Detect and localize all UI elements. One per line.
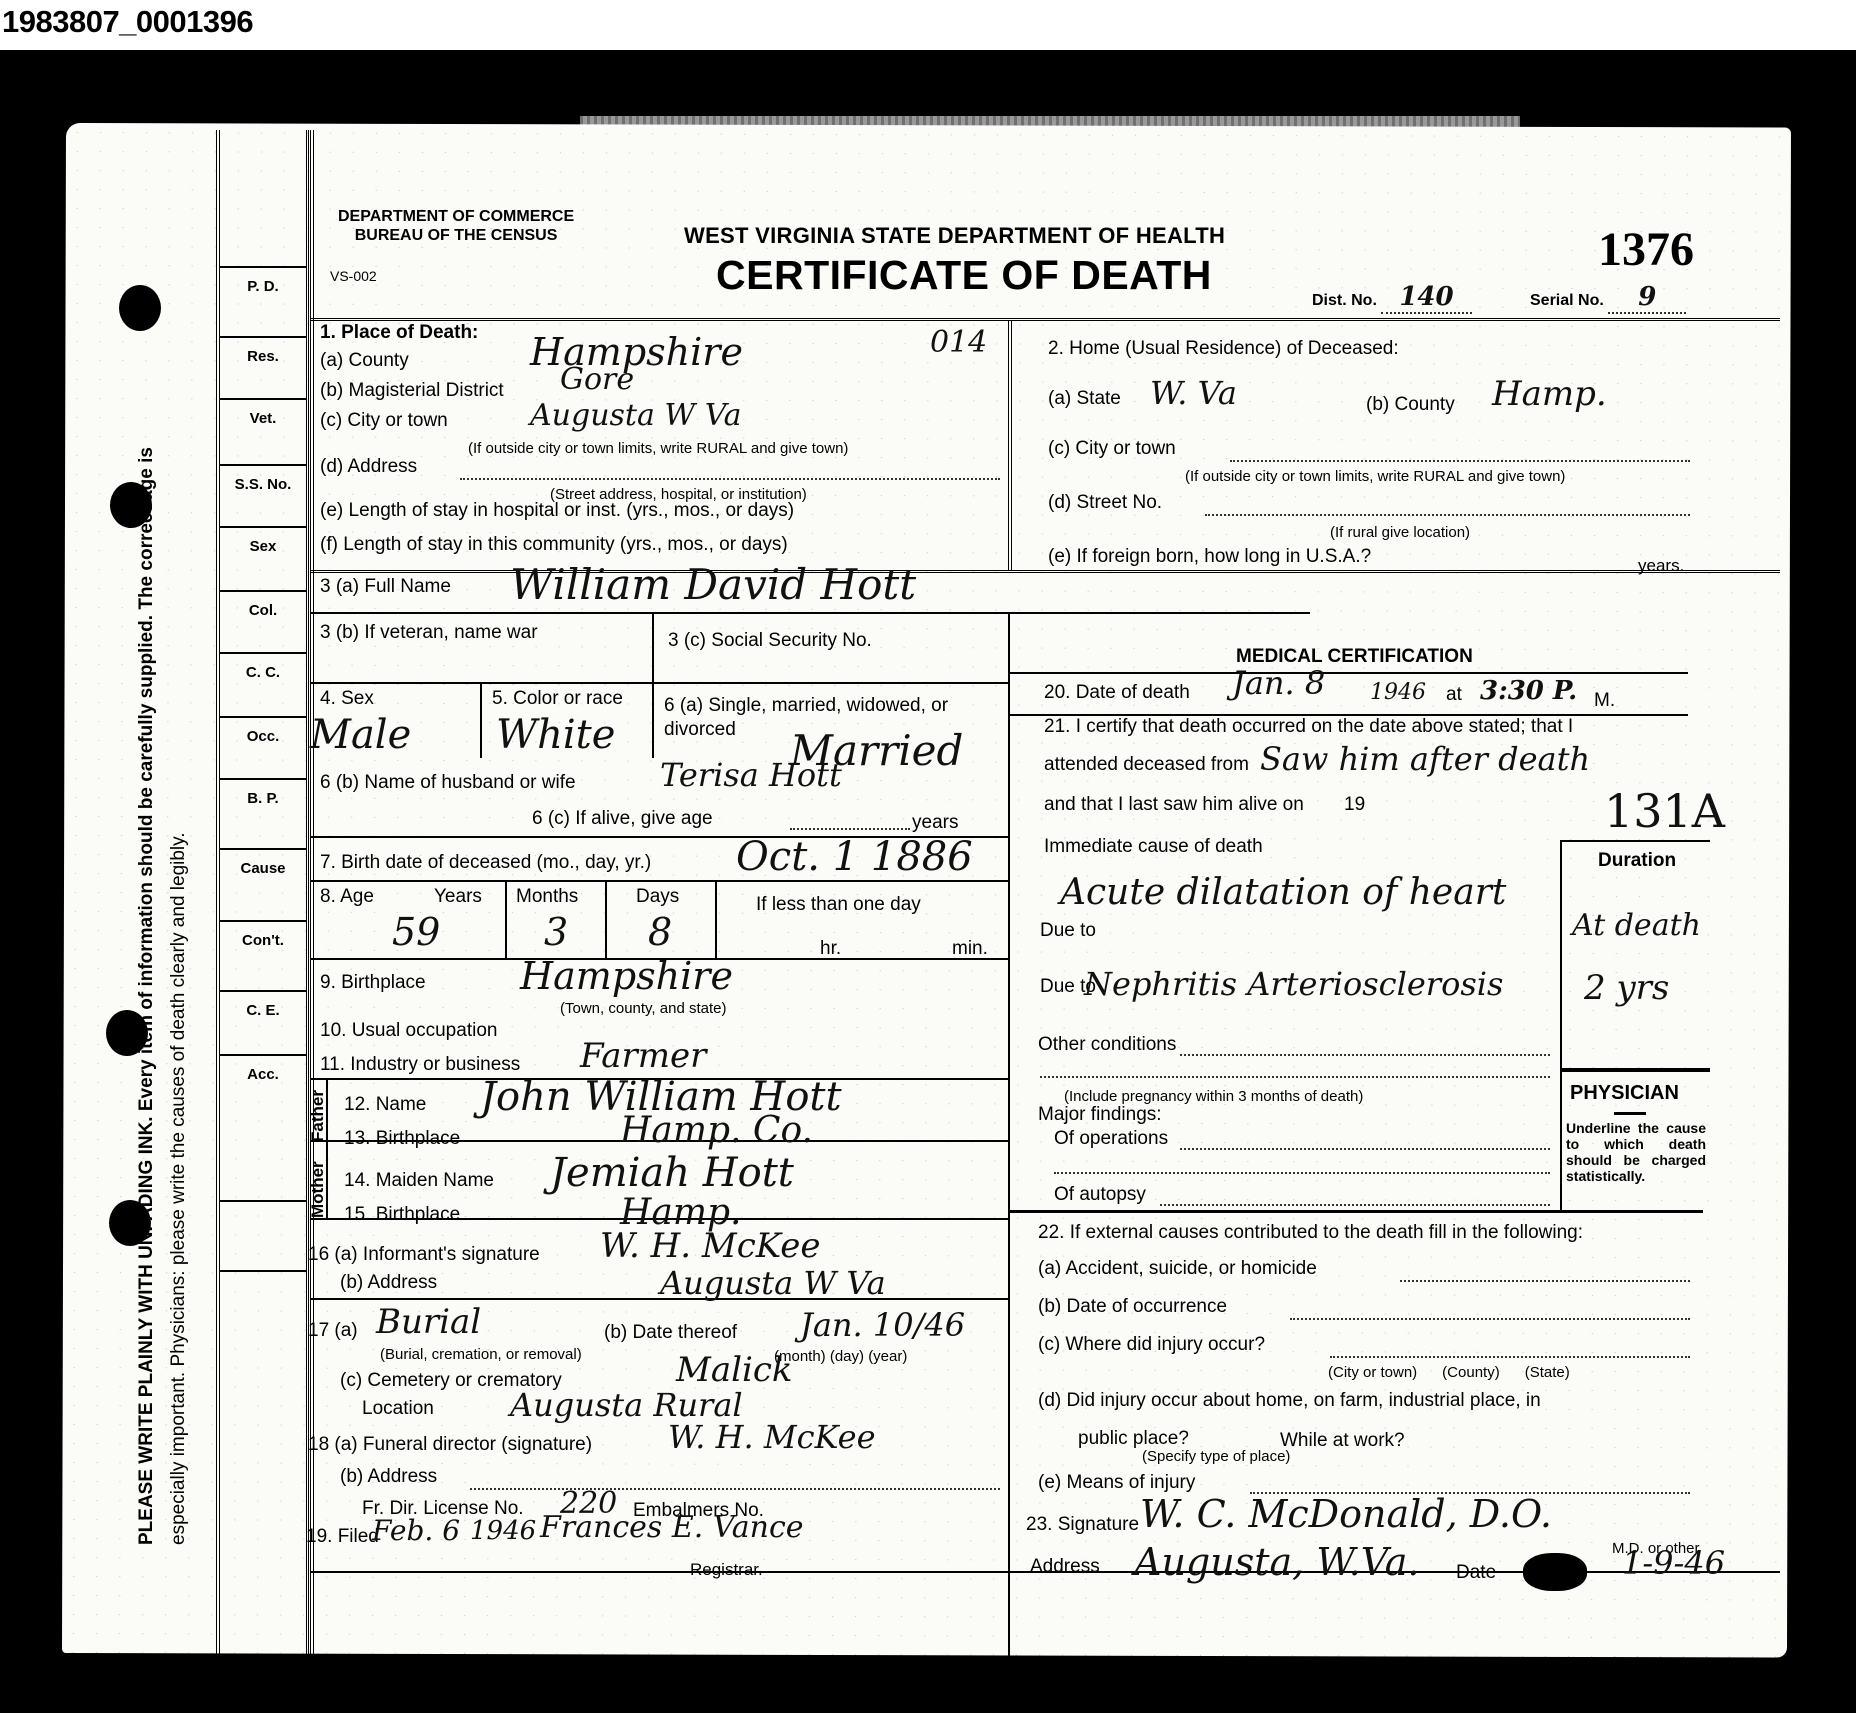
- death-year: 1946: [1370, 680, 1426, 705]
- mother-name-value: Jemiah Hott: [550, 1150, 794, 1196]
- death-city-note: (If outside city or town limits, write R…: [468, 440, 848, 457]
- image-caption: 1983807_0001396: [2, 4, 253, 40]
- death-city-value: Augusta W Va: [530, 398, 742, 433]
- external-c-field: [1330, 1356, 1690, 1358]
- home-city-label: (c) City or town: [1048, 438, 1176, 460]
- certify-text: 21. I certify that death occurred on the…: [1044, 716, 1573, 738]
- spouse-label: 6 (b) Name of husband or wife: [320, 772, 576, 794]
- disposition-label: 17 (a): [308, 1320, 358, 1342]
- divider: [310, 318, 1780, 321]
- divider: [1560, 840, 1710, 842]
- birth-value: Oct. 1 1886: [736, 834, 973, 880]
- director-value: W. H. McKee: [668, 1418, 876, 1456]
- page-title: CERTIFICATE OF DEATH: [716, 252, 1212, 299]
- major-findings-label: Major findings:: [1038, 1104, 1162, 1126]
- location-label: Location: [362, 1398, 434, 1420]
- physician-note: Underline the cause to which death shoul…: [1566, 1120, 1706, 1184]
- spouse-age-field: [790, 828, 910, 830]
- divider: [652, 612, 654, 682]
- occupation-label: 10. Usual occupation: [320, 1020, 497, 1042]
- death-city-label: (c) City or town: [320, 410, 448, 432]
- stay-hospital-label: (e) Length of stay in hospital or inst. …: [320, 500, 794, 522]
- informant-addr-value: Augusta W Va: [660, 1264, 886, 1302]
- spouse-age-label: 6 (c) If alive, give age: [532, 808, 713, 830]
- duration-1: At death: [1572, 908, 1701, 943]
- coding-column: P. D. Res. Vet. S.S. No. Sex Col. C. C. …: [216, 130, 314, 1655]
- operations-field-2: [1054, 1172, 1550, 1174]
- operations-field: [1180, 1148, 1550, 1150]
- external-c-note: (City or town) (County) (State): [1328, 1364, 1570, 1381]
- divider: [310, 880, 1010, 882]
- physician-date-label: Date: [1456, 1562, 1496, 1584]
- father-name-label: 12. Name: [344, 1094, 426, 1116]
- physician-heading: PHYSICIAN: [1570, 1082, 1679, 1105]
- director-addr-field: [470, 1488, 1000, 1490]
- min-label: min.: [952, 938, 988, 960]
- physician-date-value: 1-9-46: [1622, 1544, 1725, 1582]
- margin-code: 131A: [1604, 784, 1725, 838]
- race-value: White: [496, 712, 615, 758]
- death-time-value: 3:30 P.: [1480, 676, 1577, 706]
- external-heading: 22. If external causes contributed to th…: [1038, 1222, 1583, 1244]
- home-county-label: (b) County: [1366, 394, 1455, 416]
- informant-label: 16 (a) Informant's signature: [308, 1244, 540, 1266]
- physician-signature: W. C. McDonald, D.O.: [1140, 1492, 1552, 1536]
- days-label: Days: [636, 886, 679, 908]
- filed-value: Feb. 6: [372, 1514, 460, 1547]
- race-label: 5. Color or race: [492, 688, 623, 710]
- father-side-label: Father: [308, 1090, 328, 1142]
- external-a-field: [1400, 1280, 1690, 1282]
- informant-value: W. H. McKee: [600, 1226, 820, 1266]
- industry-label: 11. Industry or business: [320, 1054, 520, 1076]
- instructions-line-1: PLEASE WRITE PLAINLY WITH UNFADING INK. …: [136, 447, 158, 1545]
- days-value: 8: [648, 910, 672, 954]
- federal-dept: DEPARTMENT OF COMMERCE BUREAU OF THE CEN…: [338, 207, 574, 245]
- filed-year: 1946: [470, 1516, 536, 1546]
- external-d-label: (d) Did injury occur about home, on farm…: [1038, 1390, 1541, 1412]
- external-e-label: (e) Means of injury: [1038, 1472, 1195, 1494]
- center-divider: [1008, 612, 1010, 1662]
- last-seen-suffix: 19: [1344, 794, 1365, 816]
- industry-value: Farmer: [580, 1036, 706, 1076]
- divider: [1008, 1210, 1703, 1213]
- death-address-label: (d) Address: [320, 456, 417, 478]
- months-value: 3: [544, 910, 568, 954]
- place-heading: 1. Place of Death:: [320, 322, 478, 344]
- years-label: Years: [434, 886, 482, 908]
- due-to-2-value: Nephritis Arteriosclerosis: [1084, 966, 1534, 1002]
- less-day-label: If less than one day: [756, 894, 921, 916]
- birth-label: 7. Birth date of deceased (mo., day, yr.…: [320, 852, 651, 874]
- age-label: 8. Age: [320, 886, 374, 908]
- due-to-1-label: Due to: [1040, 920, 1096, 942]
- mother-name-label: 14. Maiden Name: [344, 1170, 494, 1192]
- redaction-mark: [1523, 1553, 1587, 1591]
- death-date-value: Jan. 8: [1232, 664, 1325, 702]
- death-address-field: [460, 478, 1000, 480]
- stamp-number: 1376: [1598, 222, 1694, 277]
- informant-addr-label: (b) Address: [340, 1272, 437, 1294]
- months-label: Months: [516, 886, 578, 908]
- hr-label: hr.: [820, 938, 841, 960]
- disposition-note: (Burial, cremation, or removal): [380, 1346, 582, 1363]
- home-street-label: (d) Street No.: [1048, 492, 1162, 514]
- last-seen-label: and that I last saw him alive on: [1044, 794, 1304, 816]
- full-name-value: William David Hott: [510, 560, 916, 609]
- external-d-note: (Specify type of place): [1142, 1448, 1290, 1465]
- code-blank-1: [220, 1200, 306, 1276]
- attended-label: attended deceased from: [1044, 754, 1249, 776]
- birthplace-value: Hampshire: [520, 954, 733, 998]
- divider: [715, 880, 717, 958]
- burial-date-note: (month) (day) (year): [774, 1348, 907, 1365]
- divider: [1560, 1068, 1710, 1072]
- dept-line-2: BUREAU OF THE CENSUS: [338, 226, 574, 245]
- director-label: 18 (a) Funeral director (signature): [308, 1434, 592, 1456]
- work-label: While at work?: [1280, 1430, 1405, 1452]
- divider: [310, 612, 1310, 614]
- burial-date-value: Jan. 10/46: [800, 1306, 965, 1344]
- dist-no-value: 140: [1381, 282, 1471, 314]
- years-value: 59: [392, 910, 440, 954]
- other-conditions-field-2: [1040, 1076, 1550, 1078]
- serial-no: Serial No. 9: [1530, 282, 1686, 312]
- filed-label: 19. Filed: [306, 1526, 379, 1548]
- immediate-label: Immediate cause of death: [1044, 836, 1263, 858]
- external-d-label-2: public place?: [1078, 1428, 1189, 1450]
- home-heading: 2. Home (Usual Residence) of Deceased:: [1048, 338, 1399, 360]
- spouse-value: Terisa Hott: [660, 756, 842, 794]
- home-state-value: W. Va: [1150, 374, 1237, 412]
- father-birth-label: 13. Birthplace: [344, 1128, 460, 1150]
- duration-2: 2 yrs: [1584, 968, 1669, 1008]
- disposition-value: Burial: [376, 1302, 481, 1342]
- birthplace-note: (Town, county, and state): [560, 1000, 726, 1017]
- district-value: Gore: [560, 362, 634, 397]
- cemetery-value: Malick: [676, 1350, 792, 1390]
- death-time-suffix: M.: [1594, 690, 1615, 712]
- external-a-label: (a) Accident, suicide, or homicide: [1038, 1258, 1317, 1280]
- divider: [605, 880, 607, 958]
- external-b-field: [1290, 1318, 1690, 1320]
- code-blank-2: [220, 1270, 306, 1346]
- form-left-border: [306, 130, 313, 1655]
- death-date-label: 20. Date of death: [1044, 682, 1190, 704]
- full-name-label: 3 (a) Full Name: [320, 576, 451, 598]
- home-street-note: (If rural give location): [1330, 524, 1470, 541]
- father-birth-value: Hamp. Co.: [620, 1110, 813, 1151]
- divider: [310, 682, 1010, 684]
- home-city-note: (If outside city or town limits, write R…: [1185, 468, 1565, 485]
- external-c-label: (c) Where did injury occur?: [1038, 1334, 1265, 1356]
- death-county-label: (a) County: [320, 350, 409, 372]
- sex-label: 4. Sex: [320, 688, 374, 710]
- duration-label: Duration: [1598, 850, 1676, 872]
- dept-line-1: DEPARTMENT OF COMMERCE: [338, 207, 574, 226]
- signature-label: 23. Signature: [1026, 1514, 1139, 1536]
- home-county-value: Hamp.: [1492, 374, 1607, 414]
- code-acc: Acc.: [220, 1054, 306, 1130]
- veteran-label: 3 (b) If veteran, name war: [320, 622, 538, 644]
- registrar-label: Registrar.: [690, 1560, 763, 1580]
- operations-label: Of operations: [1054, 1128, 1168, 1150]
- foreign-suffix: years.: [1638, 556, 1684, 576]
- home-state-label: (a) State: [1048, 388, 1121, 410]
- divider: [1008, 320, 1012, 570]
- district-label: (b) Magisterial District: [320, 380, 504, 402]
- director-addr-label: (b) Address: [340, 1466, 437, 1488]
- immediate-value: Acute dilatation of heart: [1060, 872, 1506, 913]
- divider: [652, 682, 654, 758]
- serial-no-value: 9: [1608, 282, 1686, 314]
- death-county-code: 014: [930, 325, 987, 360]
- registrar-signature: Frances E. Vance: [540, 1510, 804, 1545]
- divider: [480, 682, 482, 758]
- sex-value: Male: [310, 712, 411, 758]
- pregnancy-note: (Include pregnancy within 3 months of de…: [1064, 1088, 1363, 1105]
- birthplace-label: 9. Birthplace: [320, 972, 426, 994]
- physician-rule: [1614, 1112, 1646, 1115]
- instructions-line-2: especially important. Physicians: please…: [168, 832, 190, 1545]
- divider: [505, 880, 507, 958]
- home-street-field: [1205, 514, 1690, 516]
- external-b-label: (b) Date of occurrence: [1038, 1296, 1227, 1318]
- mother-birth-label: 15. Birthplace: [344, 1204, 460, 1226]
- form-code: VS-002: [330, 268, 377, 284]
- divider: [1008, 672, 1688, 674]
- home-city-field: [1230, 460, 1690, 462]
- burial-date-label: (b) Date thereof: [604, 1322, 737, 1344]
- physician-address-value: Augusta, W.Va.: [1134, 1540, 1419, 1584]
- state-agency: WEST VIRGINIA STATE DEPARTMENT OF HEALTH: [684, 223, 1225, 249]
- ss-label: 3 (c) Social Security No.: [668, 626, 918, 656]
- dist-no: Dist. No. 140: [1312, 282, 1472, 312]
- death-time-label: at: [1446, 684, 1462, 706]
- duration-divider: [1560, 840, 1562, 1210]
- stay-community-label: (f) Length of stay in this community (yr…: [320, 534, 788, 556]
- attended-value: Saw him after death: [1260, 740, 1590, 778]
- other-conditions-label: Other conditions: [1038, 1034, 1176, 1056]
- autopsy-field: [1160, 1204, 1550, 1206]
- autopsy-label: Of autopsy: [1054, 1184, 1146, 1206]
- punch-hole-icon: [119, 285, 161, 331]
- physician-address-label: Address: [1030, 1556, 1100, 1578]
- spouse-age-suffix: years: [912, 812, 958, 834]
- foreign-label: (e) If foreign born, how long in U.S.A.?: [1048, 546, 1371, 568]
- mother-side-label: Mother: [308, 1161, 328, 1218]
- other-conditions-field: [1180, 1054, 1550, 1056]
